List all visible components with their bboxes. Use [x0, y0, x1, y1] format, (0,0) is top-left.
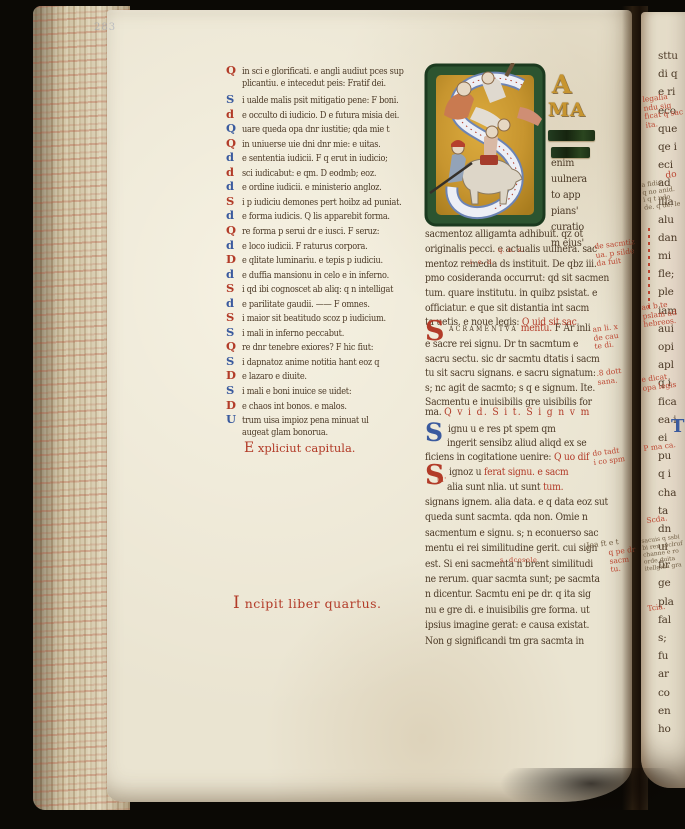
- capitula-initial: S: [226, 325, 242, 339]
- capitula-line: d e parilitate gaudii. —— F omnes.: [226, 296, 426, 311]
- capitula-line: d e ordine iudicii. e ministerio angloz.: [226, 179, 426, 194]
- text-line: pmo cosideranda occurrut: qd sit sacmen: [425, 272, 597, 287]
- capitula-initial: S: [226, 92, 242, 106]
- capitula-initial: d: [226, 107, 242, 121]
- gold-letter-a: A: [552, 70, 571, 99]
- capitula-text: e occulto di iudicio. D e futura misia d…: [242, 110, 399, 121]
- capitula-text: sci iudicabut: e qm. D eodmb; eoz.: [242, 168, 376, 179]
- capitula-text: i ualde malis psit mitigatio pene: F bon…: [242, 95, 399, 106]
- capitula-text: augeat glam bonorua.: [242, 427, 328, 438]
- capitula-text: e duffia mansionu in celo e in inferno.: [242, 270, 389, 281]
- text-line-fragment: ge: [658, 577, 678, 595]
- text-line-with-rubric: ignoz u ferat signu. e sacm: [449, 466, 568, 478]
- capitula-text: e forma iudicis. Q lis apparebit forma.: [242, 211, 390, 222]
- text-line-fragment: fal: [658, 614, 678, 632]
- rubric-segment: tum.: [543, 481, 563, 493]
- text-line-fragment: en: [658, 705, 678, 723]
- text-line-fragment: co: [658, 687, 678, 705]
- page-bottom-shadow: [470, 768, 685, 820]
- explicit-rubric: E xpliciut capitula.: [244, 440, 355, 456]
- text-line: sacmentoz alligamta adhibuit. qz ot: [425, 228, 597, 243]
- capitula-initial: S: [226, 354, 242, 368]
- capitula-text: i mali in inferno peccabut.: [242, 328, 344, 339]
- capitula-line: S i qd ibi cognoscet ab aliq: q n intell…: [226, 281, 426, 296]
- side-line: to app: [551, 189, 587, 205]
- capitula-initial: d: [226, 165, 242, 179]
- capitula-initial: S: [226, 383, 242, 397]
- capitula-text: uare queda opa dnr iustitie; qda mie t: [242, 124, 389, 135]
- capitula-initial: d: [226, 238, 242, 252]
- saddle-blanket: [480, 155, 498, 165]
- interlinear-gloss: q. n. s.: [498, 246, 524, 254]
- capitula-line: Q in sci e glorificati. e angli audiut p…: [226, 63, 426, 78]
- capitula-line: S i dapnatoz anime notitia hant eoz q: [226, 354, 426, 369]
- text-line-fragment: fu: [658, 650, 678, 668]
- text-line-fragment: alu: [658, 214, 678, 232]
- rider-head: [486, 126, 498, 138]
- side-line: pians': [551, 205, 587, 221]
- text-line-fragment: mi: [658, 250, 678, 268]
- folio-number: 283: [94, 22, 116, 33]
- capitula-text: e qlitate luminariu. e tepis p iudiciu.: [242, 255, 383, 266]
- text-line: ipsius imagine gerat: e causa existat.: [425, 619, 597, 634]
- text-line: officiatur. e que sit distantia int sacm: [425, 302, 597, 317]
- capitula-initial: S: [226, 281, 242, 295]
- attacker-head: [482, 72, 494, 84]
- capitula-line: d sci iudicabut: e qm. D eodmb; eoz.: [226, 165, 426, 180]
- text-line: s; nc agit de sacmto; s q e signum. Ite.: [425, 382, 597, 397]
- capitula-initial: U: [226, 412, 242, 426]
- capitula-line: S i mali e boni inuice se uidet:: [226, 383, 426, 398]
- capitula-line: Q in uniuerse uie dni dnr mie: e uitas.: [226, 136, 426, 151]
- capitula-initial: Q: [226, 136, 242, 150]
- text-line-fragment: fle;: [658, 268, 678, 286]
- incipit-initial: I: [233, 593, 240, 613]
- historiated-initial-s-miniature: [424, 63, 546, 227]
- capitula-text: plicantiu. e intecedut peis: Fratif dei.: [242, 78, 386, 89]
- text-line-fragment: ho: [658, 723, 678, 741]
- text-line: signans ignem. alia data. e q data eoz s…: [425, 496, 597, 511]
- capitula-initial: d: [226, 150, 242, 164]
- explicit-initial: E: [244, 440, 254, 456]
- red-dotted-line: [648, 228, 650, 312]
- capitula-list: Q in sci e glorificati. e angli audiut p…: [226, 63, 426, 441]
- recto-blue-initial: T: [671, 416, 684, 437]
- capitula-line: D e chaos int bonos. e malos.: [226, 398, 426, 413]
- capitula-text: in uniuerse uie dni dnr mie: e uitas.: [242, 139, 381, 150]
- recto-text-column: sttudi qe riecoqueqe ieciadillaaludanmif…: [658, 50, 678, 741]
- text-line: ingerit sensibz aliud aliqd ex se: [447, 437, 586, 449]
- capitula-text: e lazaro e diuite.: [242, 371, 307, 382]
- capitula-initial: Q: [226, 223, 242, 237]
- text-line-fragment: fica: [658, 396, 678, 414]
- capitula-line: d e forma iudicis. Q lis apparebit forma…: [226, 208, 426, 223]
- rubric-segment: ferat signu. e sacm: [484, 466, 568, 478]
- capitula-line: Q re dnr tenebre exiores? F hic fiut:: [226, 339, 426, 354]
- capitula-initial: d: [226, 208, 242, 222]
- text-segment: ma.: [425, 406, 444, 418]
- text-line: tu sit sacru signans. e sacru signatum:: [425, 367, 597, 382]
- capitula-line: U trum uisa impioz pena minuat ul: [226, 412, 426, 427]
- capitula-line: S i maior sit beatitudo scoz p iudicium.: [226, 310, 426, 325]
- capitula-text: i dapnatoz anime notitia hant eoz q: [242, 357, 379, 368]
- text-line-fragment: cha: [658, 487, 678, 505]
- rubric-segment: Q v i d. S i t. S i g n v m: [444, 406, 591, 418]
- text-line-fragment: dan: [658, 232, 678, 250]
- margin-note: an li. x de cau te di.: [592, 323, 620, 352]
- capitula-text: i qd ibi cognoscet ab aliq: q n intellig…: [242, 284, 393, 295]
- main-text-paragraph-1: sacmentoz alligamta adhibuit. qz otorigi…: [425, 228, 621, 317]
- capitula-initial: D: [226, 252, 242, 266]
- rubric-segment: Q uo dif: [554, 451, 589, 463]
- text-line-with-rubric: ficiens in cogitatione uenire: Q uo dif: [425, 451, 589, 463]
- text-line: e sacre rei signu. Dr tn sacmtum e: [425, 338, 597, 353]
- capitula-text: e loco iudicii. F raturus corpora.: [242, 241, 367, 252]
- capitula-line: D e lazaro e diuite.: [226, 368, 426, 383]
- capitula-text: i mali e boni inuice se uidet:: [242, 386, 351, 397]
- capitula-line: S i p iudiciu demones pert hoibz ad puni…: [226, 194, 426, 209]
- text-segment: F Ar inli: [552, 322, 591, 334]
- text-line-fragment: di q: [658, 68, 678, 86]
- capitula-text: i p iudiciu demones pert hoibz ad puniat…: [242, 197, 401, 208]
- text-line: mentoz remedia ds instituit. De qbz iii.: [425, 258, 597, 273]
- text-segment: alia sunt nlia. ut sunt: [447, 481, 543, 493]
- margin-note: legalia ndu sig ficat q sac ita.: [642, 91, 685, 130]
- capitula-initial: D: [226, 368, 242, 382]
- capitula-text: e sententia iudicii. F q erut in iudicio…: [242, 153, 388, 164]
- explicit-text: xpliciut capitula.: [258, 441, 356, 455]
- capitula-text: e ordine iudicii. e ministerio angloz.: [242, 182, 382, 193]
- margin-note: ad b te pslam ad hebreos.: [641, 300, 678, 330]
- capitula-line: plicantiu. e intecedut peis: Fratif dei.: [226, 78, 426, 93]
- main-text-paragraph-3: signans ignem. alia data. e q data eoz s…: [425, 496, 621, 650]
- robber-head: [457, 82, 471, 96]
- text-line: n dicentur. Sacmtu eni pe dr. q ita sig: [425, 588, 597, 603]
- capitula-text: re forma p serui dr e iusci. F seruz:: [242, 226, 379, 237]
- sacramentum-heading: acramentva mentu. F Ar inli: [449, 322, 590, 334]
- interlinear-gloss: i. e. d.: [470, 258, 494, 266]
- quid-sit-signum-heading: ma. Q v i d. S i t. S i g n v m: [425, 406, 591, 418]
- initial-s-blue: S: [425, 420, 443, 445]
- text-line: tum. quare institutu. in quibz psistat. …: [425, 287, 597, 302]
- capitula-line: D e qlitate luminariu. e tepis p iudiciu…: [226, 252, 426, 267]
- text-line-fragment: sttu: [658, 50, 678, 68]
- incipit-text: ncipit liber quartus.: [245, 596, 382, 611]
- text-line-with-rubric: alia sunt nlia. ut sunt tum.: [447, 481, 563, 493]
- text-line: nu e gre di. e inuisibilis gre forma. ut: [425, 604, 597, 619]
- capitula-line: Q uare queda opa dnr iustitie; qda mie t: [226, 121, 426, 136]
- capitula-initial: Q: [226, 339, 242, 353]
- margin-note-cursive: sacuis q ssbi bi rex spclruf channe e ro…: [641, 533, 685, 573]
- capitula-initial: d: [226, 267, 242, 281]
- text-line: Non g significandi tm gra sacmta in: [425, 635, 597, 650]
- side-line: uulnera: [551, 173, 587, 189]
- text-line: sacru sectu. sic dr sacmtu dtatis i sacm: [425, 353, 597, 368]
- side-line: enim: [551, 157, 587, 173]
- manuscript-page-recto: sttudi qe riecoqueqe ieciadillaaludanmif…: [641, 12, 685, 788]
- text-line: ne rerum. quar sacmta sunt; pe sacmta: [425, 573, 597, 588]
- spaced-caps: acramentva: [449, 322, 518, 334]
- gold-letter-ma: MA: [548, 99, 586, 121]
- capitula-initial: d: [226, 179, 242, 193]
- capitula-text: re dnr tenebre exiores? F hic fiut:: [242, 342, 373, 353]
- incipit-rubric: I ncipit liber quartus.: [233, 593, 382, 613]
- margin-note: .8 dott sana.: [596, 367, 623, 387]
- text-line: queda sunt sacmta. qda non. Omie n: [425, 511, 597, 526]
- capitula-initial: d: [226, 296, 242, 310]
- text-line-fragment: ar: [658, 668, 678, 686]
- capitula-text: e chaos int bonos. e malos.: [242, 401, 347, 412]
- text-line-fragment: pu: [658, 450, 678, 468]
- text-line: sacmentum e signu. s; n econuerso sac: [425, 527, 597, 542]
- capitula-initial: D: [226, 398, 242, 412]
- capitula-line: S i mali in inferno peccabut.: [226, 325, 426, 340]
- capitula-line: d e loco iudicii. F raturus corpora.: [226, 238, 426, 253]
- text-segment: ignoz u: [449, 466, 484, 478]
- text-line-fragment: opi: [658, 341, 678, 359]
- capitula-initial: Q: [226, 63, 242, 77]
- manuscript-photo: 283 Q in sci e glorificati. e angli audi…: [0, 0, 685, 829]
- capitula-initial: S: [226, 310, 242, 324]
- capitula-text: trum uisa impioz pena minuat ul: [242, 415, 369, 426]
- rubric-segment: mentu.: [518, 322, 552, 334]
- wounded-traveller-head: [498, 119, 510, 131]
- interlinear-gloss: s. dcosole: [500, 556, 537, 564]
- capitula-text: in sci e glorificati. e angli audiut pce…: [242, 66, 404, 77]
- capitula-line: d e duffia mansionu in celo e in inferno…: [226, 267, 426, 282]
- capitula-initial: Q: [226, 121, 242, 135]
- capitula-line: d e sententia iudicii. F q erut in iudic…: [226, 150, 426, 165]
- text-line-fragment: q i: [658, 468, 678, 486]
- margin-note-cursive: a fidis q no anid. i q t udo de. q de. l…: [641, 178, 681, 212]
- capitula-line: Q re forma p serui dr e iusci. F seruz:: [226, 223, 426, 238]
- text-line: ignu u e res pt spem qm: [448, 423, 556, 435]
- capitula-text: i maior sit beatitudo scoz p iudicium.: [242, 313, 386, 324]
- interlinear-gloss: ul': [437, 476, 447, 484]
- text-line-fragment: qe i: [658, 141, 678, 159]
- main-text-paragraph-2: e sacre rei signu. Dr tn sacmtum esacru …: [425, 338, 621, 411]
- overpainted-letter-band: [548, 130, 595, 141]
- capitula-text: e parilitate gaudii. —— F omnes.: [242, 299, 370, 310]
- capitula-initial: S: [226, 194, 242, 208]
- text-line-fragment: s;: [658, 632, 678, 650]
- capitula-line: S i ualde malis psit mitigatio pene: F b…: [226, 92, 426, 107]
- capitula-line: d e occulto di iudicio. D e futura misia…: [226, 107, 426, 122]
